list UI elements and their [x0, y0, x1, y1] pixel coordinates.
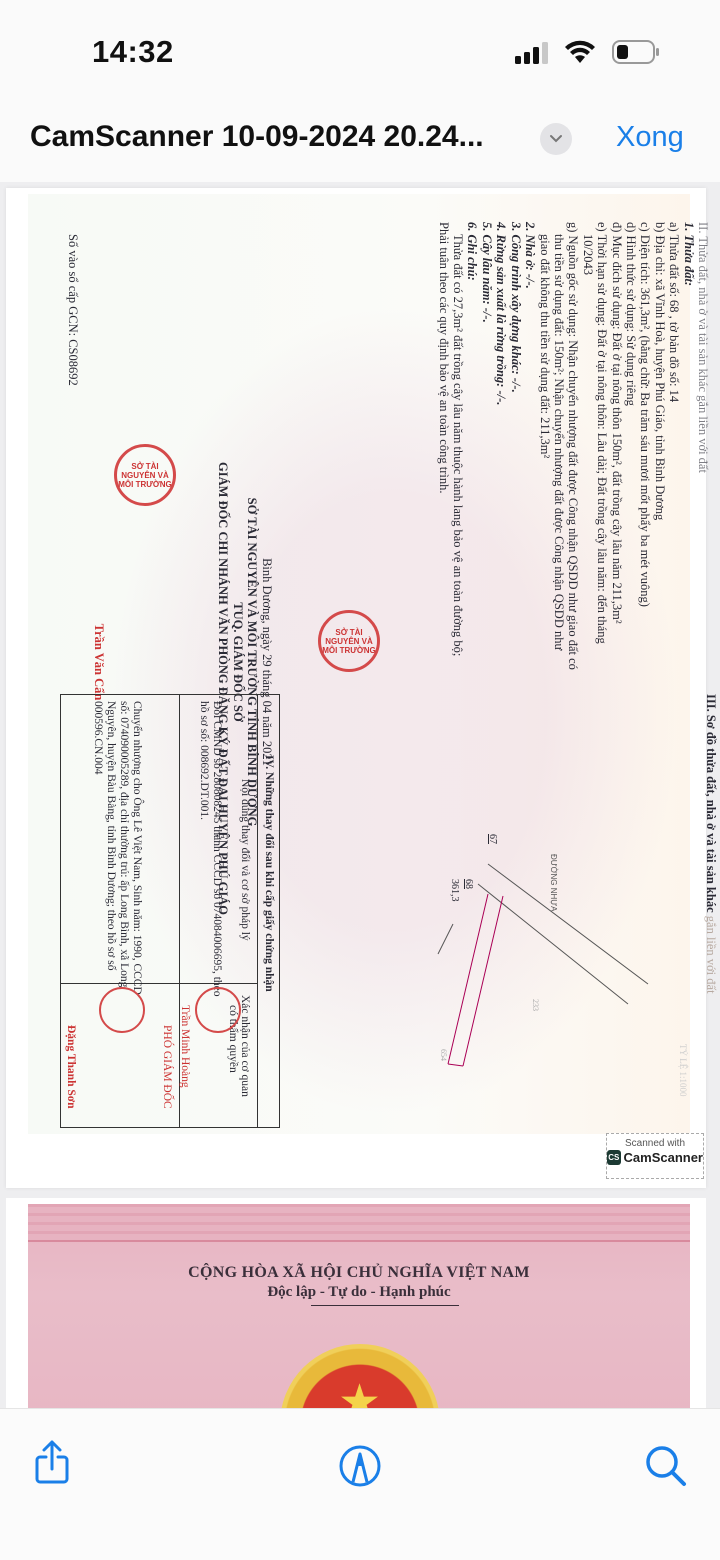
star-icon: ★ [338, 1374, 381, 1410]
official-stamp-signature: SỞ TÀI NGUYÊN VÀ MÔI TRƯỜNG [114, 444, 176, 506]
neighbor-parcel-67: 67 [487, 834, 498, 844]
official-stamp: SỞ TÀI NGUYÊN VÀ MÔI TRƯỜNG [318, 610, 380, 672]
national-title: CỘNG HÒA XÃ HỘI CHỦ NGHĨA VIỆT NAM [28, 1264, 690, 1282]
chevron-down-icon [549, 134, 563, 144]
motto-underline [311, 1305, 459, 1306]
done-button[interactable]: Xong [616, 121, 684, 154]
page-1: II. Thửa đất, nhà ở và tài sản khác gắn … [6, 188, 706, 1188]
status-time: 14:32 [92, 34, 174, 70]
document-viewer[interactable]: II. Thửa đất, nhà ở và tài sản khác gắn … [0, 182, 720, 1410]
markup-pen-icon[interactable] [338, 1444, 382, 1488]
parcel-number: 68 [463, 879, 474, 889]
camscanner-watermark: Scanned with CS CamScanner [606, 1133, 704, 1179]
national-motto: Độc lập - Tự do - Hạnh phúc [28, 1284, 690, 1301]
section-land-parcel: II. Thửa đất, nhà ở và tài sản khác gắn … [436, 222, 710, 670]
camscanner-logo-icon: CS [607, 1150, 621, 1165]
search-icon[interactable] [644, 1444, 688, 1488]
road-label: ĐƯỜNG NHỰA [549, 854, 558, 911]
national-emblem-icon: ★ [280, 1344, 440, 1410]
document-title[interactable]: CamScanner 10-09-2024 20.24... [30, 120, 484, 154]
cellular-signal-icon [515, 42, 551, 64]
neighbor-parcel-233: 233 [531, 999, 540, 1011]
certificate-page-front: CỘNG HÒA XÃ HỘI CHỦ NGHĨA VIỆT NAM Độc l… [28, 1204, 690, 1410]
decorative-border [28, 1204, 690, 1242]
wifi-icon [564, 39, 596, 63]
scale-label: TỶ LỆ 1:1000 [678, 1044, 688, 1097]
neighbor-parcel-654: 654 [439, 1049, 448, 1061]
section-iii-heading: III. Sơ đồ thửa đất, nhà ở và tài sản kh… [703, 694, 718, 994]
battery-low-icon [612, 40, 660, 64]
parcel-area: 361,3 [449, 879, 460, 902]
certificate-page-back: II. Thửa đất, nhà ở và tài sản khác gắn … [28, 194, 690, 1134]
changes-table: IV. Những thay đổi sau khi cấp giấy chứn… [60, 694, 280, 1128]
page-2: CỘNG HÒA XÃ HỘI CHỦ NGHĨA VIỆT NAM Độc l… [6, 1198, 706, 1410]
parcel-diagram [428, 834, 688, 1094]
status-bar: 14:32 [0, 0, 720, 100]
share-icon[interactable] [34, 1439, 70, 1485]
gcn-number: Số vào sổ cấp GCN: CS08692 [65, 234, 80, 386]
bottom-toolbar [0, 1408, 720, 1560]
title-menu-button[interactable] [540, 123, 572, 155]
